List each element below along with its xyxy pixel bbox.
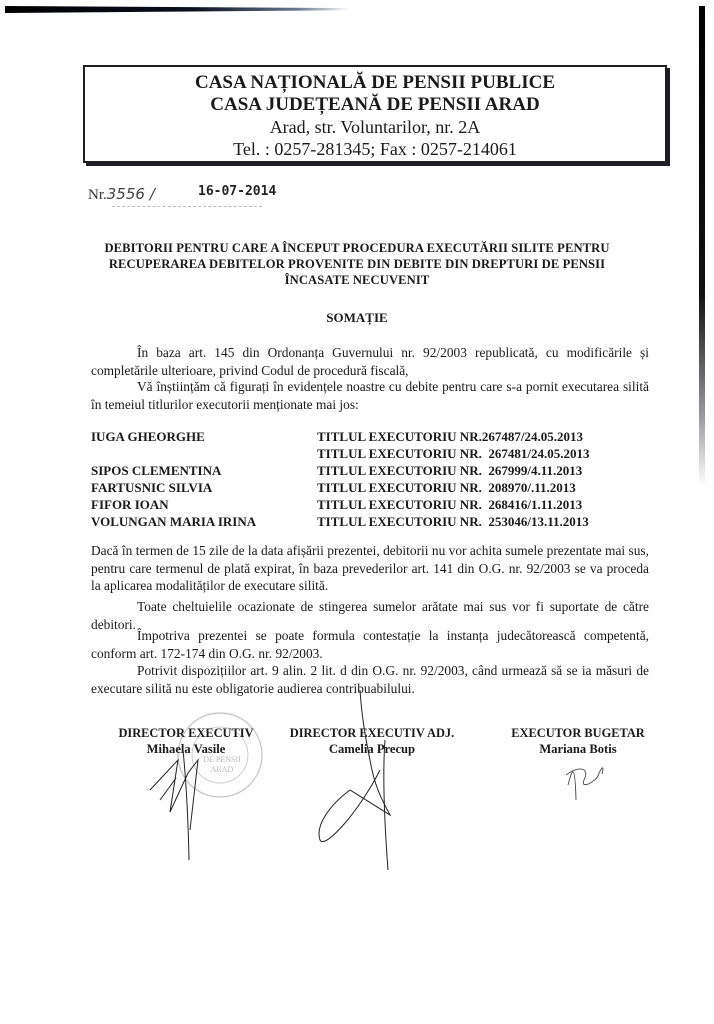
signature-deputy-icon xyxy=(319,690,390,870)
stamp-text-1: DE PENSII xyxy=(203,755,241,764)
stamps-and-signatures: DE PENSII ARAD xyxy=(0,0,714,1024)
signature-director-icon xyxy=(150,750,198,860)
stamp-text-2: ARAD xyxy=(211,765,234,774)
signature-executor-icon xyxy=(566,768,603,800)
